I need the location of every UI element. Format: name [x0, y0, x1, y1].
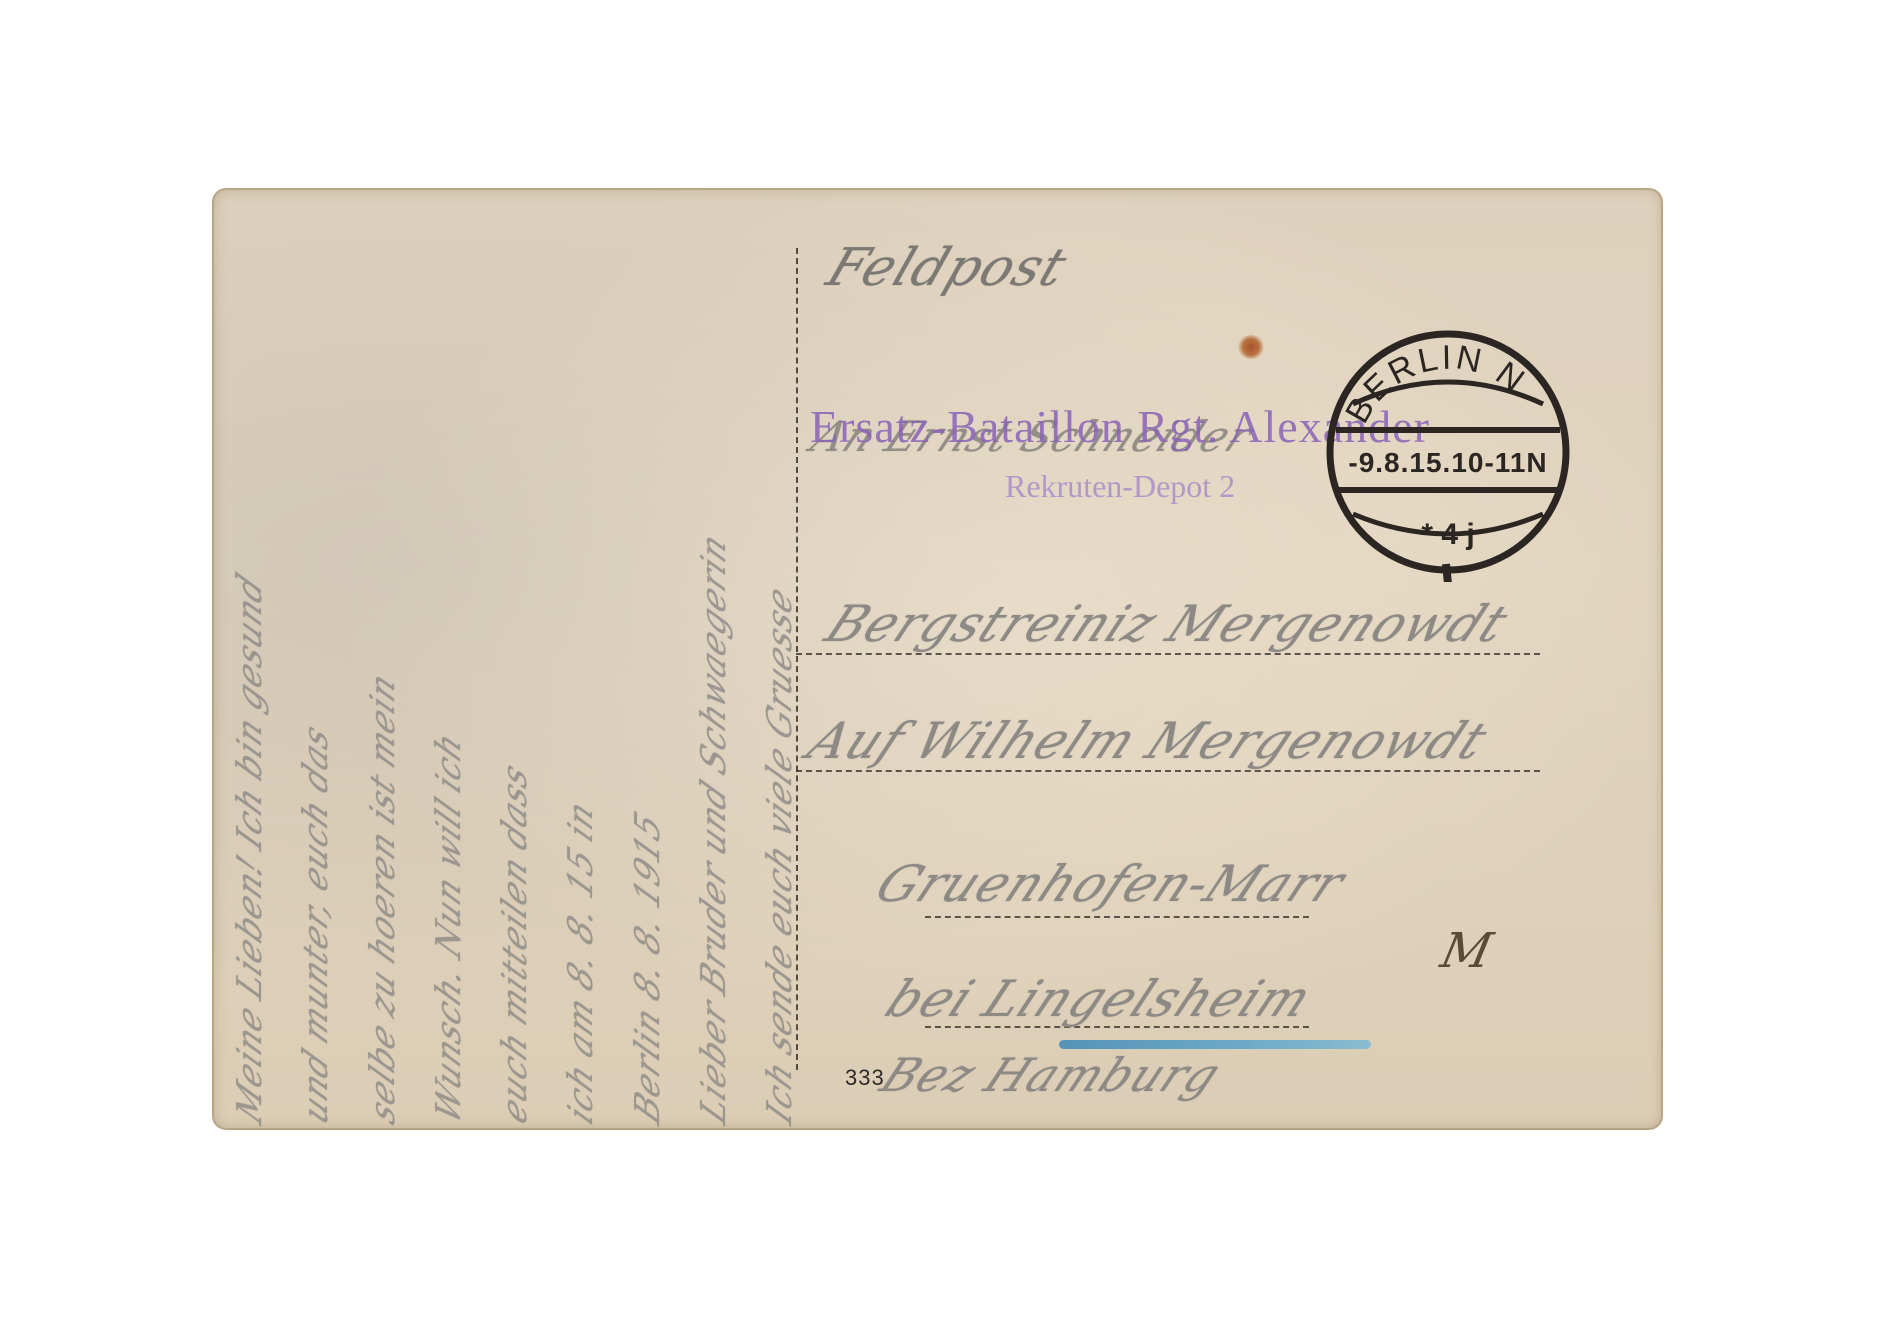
address-line-2	[796, 770, 1540, 772]
address-text-5: Bez Hamburg	[872, 1048, 1230, 1102]
printed-number: 333	[845, 1065, 885, 1091]
message-column: Wunsch. Nun will ich	[429, 724, 469, 1131]
rust-stain	[1238, 335, 1264, 359]
vertical-divider	[796, 248, 798, 1070]
svg-text:-9.8.15.10-11N: -9.8.15.10-11N	[1348, 447, 1547, 478]
address-line-1	[796, 653, 1540, 655]
address-text-1: Bergstreiniz Mergenowdt	[816, 595, 1517, 653]
message-column: und munter, euch das	[296, 716, 336, 1131]
message-column: Lieber Bruder und Schwaegerin	[694, 525, 734, 1131]
address-line-3	[925, 916, 1309, 918]
message-column: ich am 8. 8. 15 in	[561, 793, 601, 1132]
address-text-4: bei Lingelsheim	[876, 970, 1321, 1028]
feldpost-note: Feldpost	[819, 238, 1075, 298]
address-text-3: Gruenhofen-Marr	[866, 855, 1354, 913]
message-column: Berlin 8. 8. 1915	[628, 804, 668, 1131]
berlin-postmark: BERLIN N -9.8.15.10-11N * 4 j	[1318, 322, 1578, 582]
svg-text:* 4 j: * 4 j	[1421, 518, 1474, 551]
message-column: euch mitteilen dass	[495, 755, 535, 1131]
military-stamp-line2: Rekruten-Depot 2	[1005, 468, 1235, 505]
message-column: Meine Lieben! Ich bin gesund	[230, 566, 270, 1131]
address-text-2: Auf Wilhelm Mergenowdt	[798, 712, 1497, 770]
message-column: selbe zu hoeren ist mein	[363, 665, 403, 1132]
message-column: Ich sende euch viele Gruesse	[760, 578, 800, 1131]
